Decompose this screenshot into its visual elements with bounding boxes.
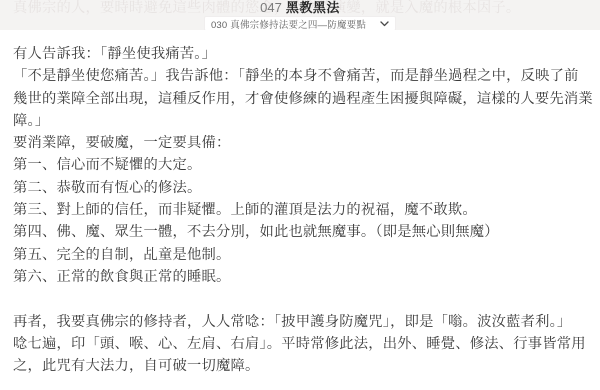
- body-text-line: 「不是靜坐使您痛苦。」我告訴他：「靜坐的本身不會痛苦，而是靜坐過程之中，反映了前: [13, 65, 587, 87]
- page-title: 047黑教黑法: [0, 0, 600, 15]
- chapter-select-label: 030 真佛宗修持法要之四—防魔要點: [211, 17, 366, 31]
- document-body: 有人告訴我：「靜坐使我痛苦。」「不是靜坐使您痛苦。」我告訴他：「靜坐的本身不會痛…: [0, 30, 600, 377]
- body-text-line: 第四、佛、魔、眾生一體，不去分別，如此也就無魔事。（即是無心則無魔）: [13, 221, 587, 243]
- body-text-line: 要消業障，要破魔，一定要具備：: [13, 132, 587, 154]
- chapter-select[interactable]: 030 真佛宗修持法要之四—防魔要點: [204, 16, 396, 30]
- body-text-line: 第六、正常的飲食與正常的睡眠。: [13, 266, 587, 288]
- page-root: 真佛宗的人，要時時避免這些肉體的慾念，慾念的演變，就是入魔的根本因子。 047黑…: [0, 0, 600, 377]
- body-text-line: 第二、恭敬而有恆心的修法。: [13, 177, 587, 199]
- body-text-line: 有人告訴我：「靜坐使我痛苦。」: [13, 43, 587, 65]
- chapter-title: 黑教黑法: [286, 0, 340, 15]
- body-text-line: 再者，我要真佛宗的修持者，人人常唸：「披甲護身防魔咒」，即是「嗡。波汝藍者利。」: [13, 311, 587, 333]
- sticky-header: 真佛宗的人，要時時避免這些肉體的慾念，慾念的演變，就是入魔的根本因子。 047黑…: [0, 0, 600, 30]
- body-text-line: 障。」: [13, 110, 587, 132]
- body-text-line: 第五、完全的自制，乩童是他制。: [13, 244, 587, 266]
- body-text-line: 之，此咒有大法力，自可破一切魔障。: [13, 355, 587, 377]
- chevron-down-icon: [380, 21, 389, 27]
- chapter-number: 047: [260, 0, 282, 15]
- body-text-line: 唸七遍，印「頭、喉、心、左肩、右肩」。平時常修此法，出外、睡覺、修法、行事皆常用: [13, 333, 587, 355]
- body-text-line: 幾世的業障全部出現，這種反作用，才會使修練的過程產生困擾與障礙，這樣的人要先消業: [13, 88, 587, 110]
- body-text-line: 第一、信心而不疑懼的大定。: [13, 154, 587, 176]
- body-text-line: [13, 288, 587, 310]
- body-text-line: 第三、對上師的信任，而非疑懼。上師的灌頂是法力的祝福，魔不敢欺。: [13, 199, 587, 221]
- select-row: 030 真佛宗修持法要之四—防魔要點: [0, 16, 600, 30]
